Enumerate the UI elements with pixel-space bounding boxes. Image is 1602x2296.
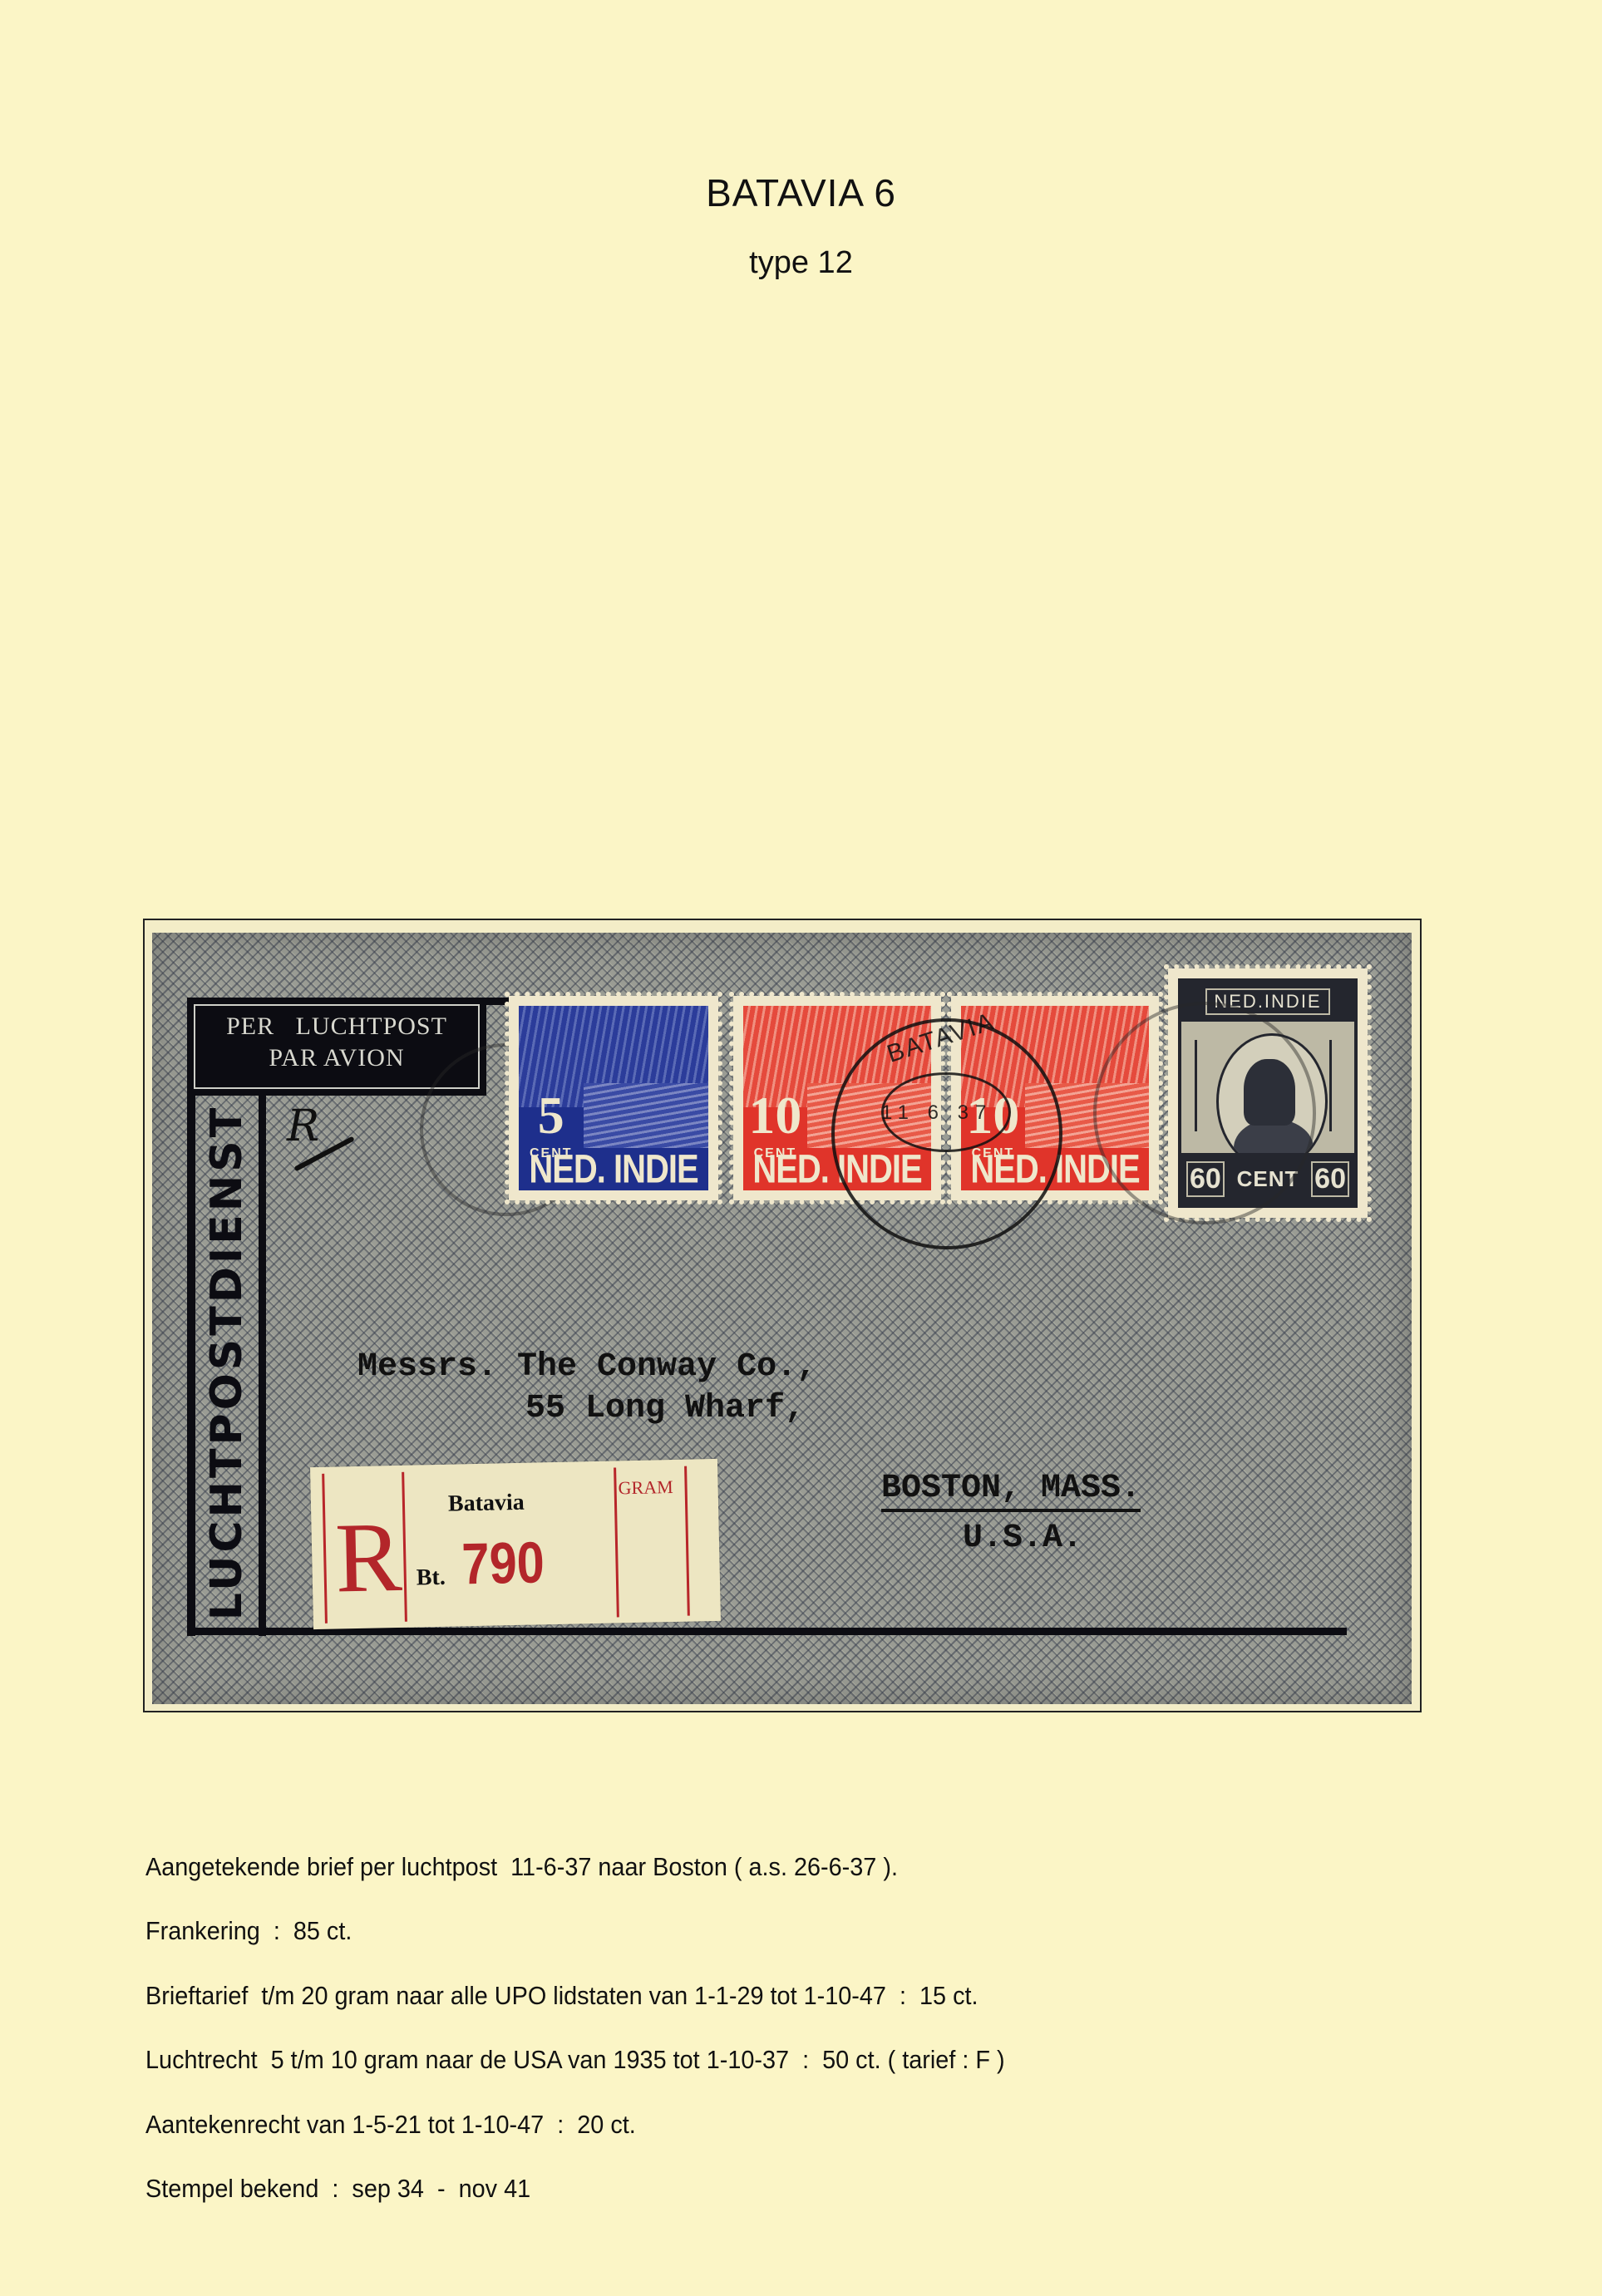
registration-number: 790 <box>461 1529 545 1597</box>
registered-handwritten-mark: R <box>287 1101 319 1151</box>
airmail-label-line1: PER LUCHTPOST <box>195 1011 478 1042</box>
caption-registration-fee: Aantekenrecht van 1-5-21 tot 1-10-47 : 2… <box>145 2110 636 2140</box>
caption-franking: Frankering : 85 ct. <box>145 1916 352 1946</box>
page-subtitle: type 12 <box>0 245 1602 281</box>
address-line-2: 55 Long Wharf, <box>525 1390 805 1427</box>
caption-description: Aangetekende brief per luchtpost 11-6-37… <box>145 1852 898 1882</box>
page-title: BATAVIA 6 <box>0 170 1602 215</box>
registration-letter: R <box>334 1507 403 1609</box>
airmail-border-left <box>187 1096 195 1636</box>
stamp-panel <box>584 1083 708 1148</box>
address-country: U.S.A. <box>963 1520 1082 1557</box>
address-city: BOSTON, MASS. <box>881 1470 1141 1512</box>
stamp-value: 10 <box>743 1083 807 1148</box>
registration-weight-label: GRAM <box>618 1476 673 1499</box>
label-rule <box>322 1474 328 1623</box>
postmark-date: 11 6 37 <box>881 1101 993 1125</box>
vertical-airmail-label: LUCHTPOSTDIENST <box>195 1097 259 1628</box>
caption-postmark-known: Stempel bekend : sep 34 - nov 41 <box>145 2174 530 2204</box>
stamp-country: NED. INDIE <box>519 1146 708 1190</box>
stamp-value-right: 60 <box>1311 1161 1349 1197</box>
label-rule <box>684 1466 690 1616</box>
stamp-value: 5 <box>519 1083 584 1148</box>
registration-label: R Batavia Bt. 790 GRAM <box>310 1459 721 1629</box>
registration-office: Batavia <box>448 1490 525 1518</box>
airmail-label-line2: PAR AVION <box>195 1042 478 1074</box>
stamp-5-cent: 5 CENT NED. INDIE <box>509 996 718 1200</box>
caption-airmail-fee: Luchtrecht 5 t/m 10 gram naar de USA van… <box>145 2045 1005 2075</box>
airmail-border-bottom <box>187 1628 1347 1635</box>
address-line-1: Messrs. The Conway Co., <box>357 1348 816 1386</box>
registration-prefix: Bt. <box>416 1564 446 1592</box>
vertical-airmail-text: LUCHTPOSTDIENST <box>202 1105 252 1620</box>
postmark-secondary <box>1093 1002 1316 1224</box>
palm-tree-icon <box>1329 1040 1357 1131</box>
airmail-border-inner <box>259 1096 266 1636</box>
caption-letter-rate: Brieftarief t/m 20 gram naar alle UPO li… <box>145 1981 978 2011</box>
